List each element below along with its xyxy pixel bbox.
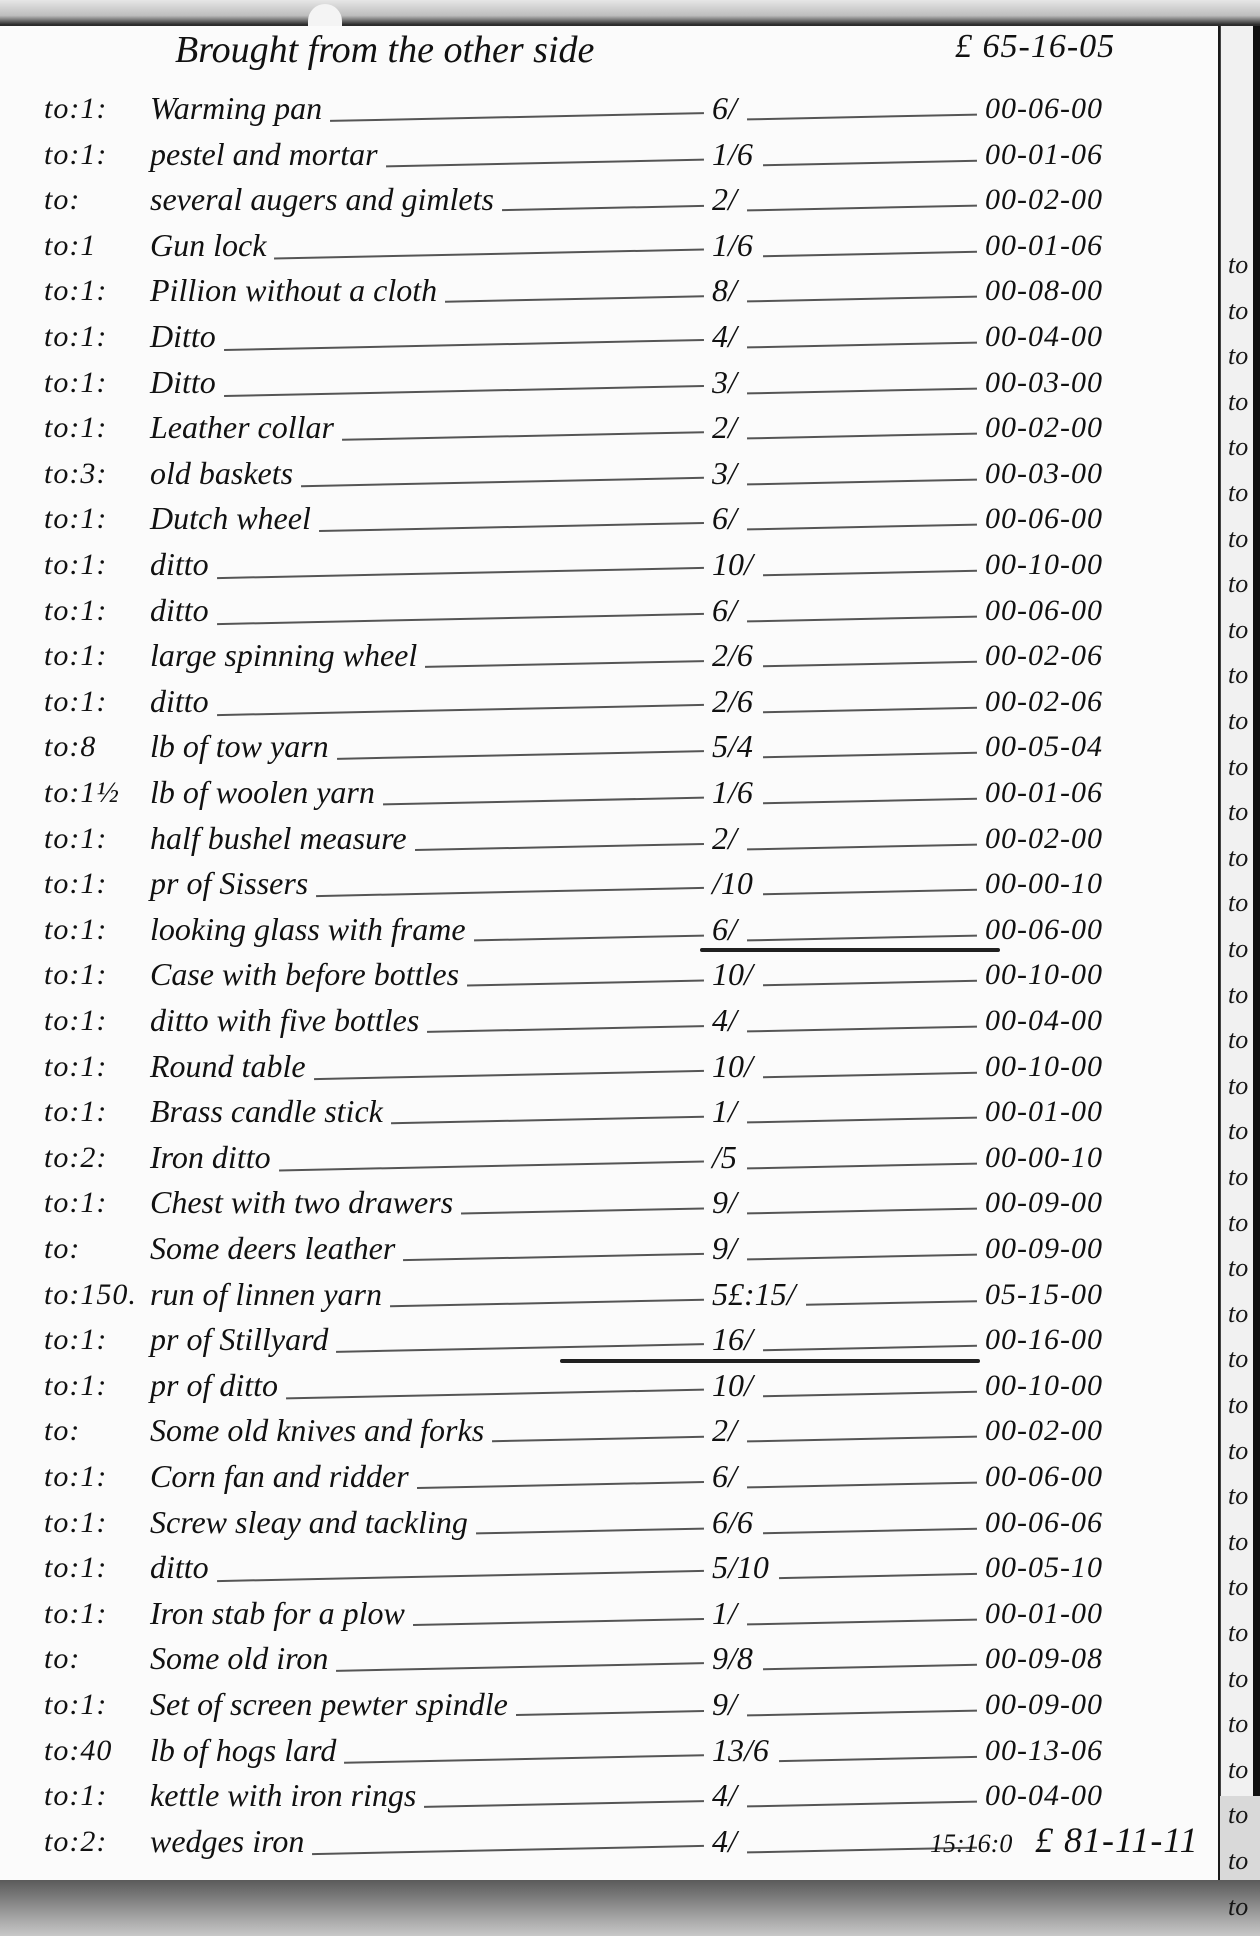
entry-quantity: to:150.	[44, 1278, 137, 1312]
adjoining-page-mark: to	[1228, 1344, 1248, 1374]
entry-quantity: to:1:	[44, 958, 107, 992]
adjoining-page-mark: to	[1228, 1527, 1248, 1557]
adjoining-page-mark: to	[1228, 1436, 1248, 1466]
leader-line	[217, 1570, 704, 1582]
ledger-entry: to:8lb of tow yarn5/400-05-04	[0, 726, 1218, 766]
leader-line	[224, 339, 704, 351]
entry-quantity: to:	[44, 1414, 80, 1448]
entry-quantity: to:2:	[44, 1141, 107, 1175]
ledger-entry: to:1:pr of ditto10/00-10-00	[0, 1365, 1218, 1405]
leader-line	[403, 1253, 704, 1261]
entry-amount: 00-10-00	[985, 1050, 1103, 1084]
ledger-entry: to:150.run of linnen yarn5£:15/05-15-00	[0, 1274, 1218, 1314]
ledger-entry: to:1:pr of Stillyard16/00-16-00	[0, 1319, 1218, 1359]
adjoining-page-mark: to	[1228, 1572, 1248, 1602]
entry-quantity: to:1:	[44, 1050, 107, 1084]
entry-price: 5£:15/	[712, 1276, 796, 1313]
entry-quantity: to:1½	[44, 776, 120, 810]
ledger-entry: to:1½lb of woolen yarn1/600-01-06	[0, 772, 1218, 812]
leader-line	[747, 114, 977, 121]
ledger-entry: to:1:Pillion without a cloth8/00-08-00	[0, 270, 1218, 310]
entry-description: lb of hogs lard	[150, 1732, 336, 1769]
leader-line	[747, 1208, 977, 1215]
entry-amount: 00-13-06	[985, 1734, 1103, 1768]
adjoining-page-mark: to	[1228, 1162, 1248, 1192]
entry-price: 9/	[712, 1184, 737, 1221]
entry-quantity: to:	[44, 1232, 80, 1266]
ledger-entry: to:1:Iron stab for a plow1/00-01-00	[0, 1593, 1218, 1633]
adjoining-page-mark: to	[1228, 1390, 1248, 1420]
entry-description: old baskets	[150, 455, 293, 492]
entry-price: 6/	[712, 500, 737, 537]
leader-line	[747, 433, 977, 440]
entry-price: 2/	[712, 820, 737, 857]
adjoining-page-mark: to	[1228, 1208, 1248, 1238]
ledger-entry: to:1:Chest with two drawers9/00-09-00	[0, 1182, 1218, 1222]
entry-price: 1/	[712, 1093, 737, 1130]
leader-line	[763, 707, 977, 713]
leader-line	[425, 660, 704, 668]
ledger-entry: to:1:ditto2/600-02-06	[0, 681, 1218, 721]
entry-price: 13/6	[712, 1732, 769, 1769]
adjoining-page-mark: to	[1228, 888, 1248, 918]
entry-amount: 00-02-00	[985, 411, 1103, 445]
leader-line	[763, 1527, 977, 1533]
entry-amount: 00-02-00	[985, 183, 1103, 217]
ledger-entry: to:1:Ditto3/00-03-00	[0, 362, 1218, 402]
entry-amount: 00-09-08	[985, 1642, 1103, 1676]
adjoining-page-mark: to	[1228, 432, 1248, 462]
adjoining-page-mark: to	[1228, 1755, 1248, 1785]
entry-amount: 00-10-00	[985, 1369, 1103, 1403]
entry-quantity: to:1:	[44, 366, 107, 400]
entry-amount: 00-06-00	[985, 594, 1103, 628]
leader-line	[747, 205, 977, 212]
adjoining-page-mark: to	[1228, 843, 1248, 873]
entry-price: 1/6	[712, 774, 753, 811]
entry-price: /5	[712, 1139, 737, 1176]
entry-description: Case with before bottles	[150, 956, 459, 993]
entry-amount: 00-06-00	[985, 913, 1103, 947]
entry-quantity: to:40	[44, 1734, 112, 1768]
entry-amount: 00-06-00	[985, 92, 1103, 126]
entry-description: Some old knives and forks	[150, 1412, 484, 1449]
adjoining-page-mark: to	[1228, 1481, 1248, 1511]
entry-amount: 00-05-10	[985, 1551, 1103, 1585]
entry-amount: 00-16-00	[985, 1323, 1103, 1357]
leader-line	[415, 843, 704, 851]
leader-line	[217, 704, 704, 716]
entry-description: Chest with two drawers	[150, 1184, 453, 1221]
entry-quantity: to:1:	[44, 1186, 107, 1220]
entry-quantity: to:1:	[44, 92, 107, 126]
entry-amount: 00-01-00	[985, 1095, 1103, 1129]
adjoining-page-mark: to	[1228, 980, 1248, 1010]
entry-amount: 00-02-06	[985, 639, 1103, 673]
adjoining-page-mark: to	[1228, 478, 1248, 508]
leader-line	[806, 1300, 977, 1306]
adjoining-page-mark: to	[1228, 341, 1248, 371]
entry-quantity: to:1:	[44, 1095, 107, 1129]
leader-line	[763, 159, 977, 165]
ledger-entry: to:1:kettle with iron rings4/00-04-00	[0, 1775, 1218, 1815]
adjoining-page-mark: to	[1228, 615, 1248, 645]
entry-description: Dutch wheel	[150, 500, 311, 537]
brought-forward-amount: £ 65-16-05	[955, 28, 1115, 66]
entry-price: 10/	[712, 956, 753, 993]
grand-total: £ 81-11-11	[1035, 1819, 1199, 1861]
leader-line	[492, 1436, 704, 1442]
leader-line	[747, 524, 977, 531]
entry-description: pr of Sissers	[150, 865, 308, 902]
leader-line	[316, 887, 704, 897]
leader-line	[747, 478, 977, 485]
entry-price: 3/	[712, 364, 737, 401]
entry-amount: 00-09-00	[985, 1232, 1103, 1266]
ledger-entry: to:1:Ditto4/00-04-00	[0, 316, 1218, 356]
entry-description: lb of woolen yarn	[150, 774, 375, 811]
entry-price: /10	[712, 865, 753, 902]
entry-price: 6/	[712, 1458, 737, 1495]
entry-amount: 00-06-00	[985, 502, 1103, 536]
entry-quantity: to:1:	[44, 1369, 107, 1403]
entry-quantity: to:1:	[44, 1506, 107, 1540]
adjoining-page-mark: to	[1228, 296, 1248, 326]
scan-top-edge	[0, 0, 1260, 26]
ledger-entry: to:1:looking glass with frame6/00-06-00	[0, 909, 1218, 949]
entry-description: Ditto	[150, 364, 216, 401]
leader-line	[337, 751, 704, 761]
adjoining-page-mark: to	[1228, 1071, 1248, 1101]
leader-line	[763, 1071, 977, 1077]
entry-amount: 00-01-06	[985, 776, 1103, 810]
adjoining-page-mark: to	[1228, 797, 1248, 827]
leader-line	[217, 612, 704, 624]
entry-amount: 00-06-06	[985, 1506, 1103, 1540]
leader-line	[386, 158, 704, 167]
entry-description: Brass candle stick	[150, 1093, 383, 1130]
entry-price: 10/	[712, 1367, 753, 1404]
ledger-entry: to:40lb of hogs lard13/600-13-06	[0, 1730, 1218, 1770]
entry-amount: 00-04-00	[985, 320, 1103, 354]
entry-price: 6/	[712, 911, 737, 948]
entry-description: run of linnen yarn	[150, 1276, 382, 1313]
leader-line	[274, 248, 704, 259]
leader-line	[747, 1254, 977, 1261]
ledger-entry: to:1:Screw sleay and tackling6/600-06-06	[0, 1502, 1218, 1542]
entry-description: ditto	[150, 546, 209, 583]
entry-amount: 00-09-00	[985, 1186, 1103, 1220]
entry-quantity: to:1:	[44, 1551, 107, 1585]
entry-price: 9/	[712, 1686, 737, 1723]
ledger-entry: to:1:Warming pan6/00-06-00	[0, 88, 1218, 128]
leader-line	[217, 567, 704, 579]
leader-line	[763, 570, 977, 576]
ledger-entry: to:1:pestel and mortar1/600-01-06	[0, 134, 1218, 174]
adjoining-page-mark: to	[1228, 660, 1248, 690]
entry-price: 16/	[712, 1321, 753, 1358]
entry-description: kettle with iron rings	[150, 1777, 416, 1814]
entry-description: looking glass with frame	[150, 911, 466, 948]
entry-quantity: to:8	[44, 730, 96, 764]
entry-price: 10/	[712, 1048, 753, 1085]
ink-strike-line	[700, 948, 1000, 952]
ledger-entry: to:1:Leather collar2/00-02-00	[0, 407, 1218, 447]
entry-quantity: to:1:	[44, 1688, 107, 1722]
entry-amount: 00-03-00	[985, 366, 1103, 400]
leader-line	[413, 1618, 704, 1626]
adjoining-page-mark: to	[1228, 387, 1248, 417]
adjoining-page-mark: to	[1228, 1846, 1248, 1876]
entry-amount: 00-01-06	[985, 138, 1103, 172]
entry-amount: 00-10-00	[985, 958, 1103, 992]
leader-line	[445, 296, 704, 303]
leader-line	[763, 1664, 977, 1670]
leader-line	[330, 112, 704, 122]
ledger-entry: to:1:Case with before bottles10/00-10-00	[0, 954, 1218, 994]
entry-amount: 00-04-00	[985, 1004, 1103, 1038]
adjoining-page-mark: to	[1228, 569, 1248, 599]
leader-line	[747, 1618, 977, 1625]
leader-line	[763, 251, 977, 257]
entry-quantity: to:1:	[44, 1004, 107, 1038]
entry-quantity: to:1:	[44, 411, 107, 445]
leader-line	[417, 1481, 704, 1489]
ledger-entry: to:1:half bushel measure2/00-02-00	[0, 818, 1218, 858]
adjoining-page-mark: to	[1228, 1116, 1248, 1146]
adjoining-page-mark: to	[1228, 706, 1248, 736]
ledger-entry: to:1Gun lock1/600-01-06	[0, 225, 1218, 265]
leader-line	[747, 1710, 977, 1717]
leader-line	[747, 342, 977, 349]
ledger-entry: to:several augers and gimlets2/00-02-00	[0, 179, 1218, 219]
leader-line	[747, 615, 977, 622]
ledger-entry: to:1:ditto5/1000-05-10	[0, 1547, 1218, 1587]
leader-line	[763, 1391, 977, 1397]
adjoining-page-mark: to	[1228, 1664, 1248, 1694]
entry-price: 6/6	[712, 1504, 753, 1541]
entry-quantity: to:1:	[44, 685, 107, 719]
entry-quantity: to:1:	[44, 274, 107, 308]
entry-description: Leather collar	[150, 409, 334, 446]
entry-amount: 00-01-06	[985, 229, 1103, 263]
entry-description: Gun lock	[150, 227, 266, 264]
entry-quantity: to:1:	[44, 594, 107, 628]
entry-price: 1/6	[712, 136, 753, 173]
adjoining-page-mark: to	[1228, 1892, 1248, 1922]
entry-description: ditto	[150, 683, 209, 720]
entry-price: 10/	[712, 546, 753, 583]
entry-price: 5/4	[712, 728, 753, 765]
adjoining-page-mark: to	[1228, 1299, 1248, 1329]
entry-quantity: to:1:	[44, 138, 107, 172]
ledger-entry: to:1:Set of screen pewter spindle9/00-09…	[0, 1684, 1218, 1724]
adjoining-page-mark: to	[1228, 524, 1248, 554]
entry-quantity: to:1	[44, 229, 96, 263]
ledger-entry: to:1:Round table10/00-10-00	[0, 1046, 1218, 1086]
leader-line	[314, 1070, 704, 1080]
entry-amount: 00-04-00	[985, 1779, 1103, 1813]
adjoining-page-mark: to	[1228, 1025, 1248, 1055]
entry-description: large spinning wheel	[150, 637, 417, 674]
entry-quantity: to:1:	[44, 822, 107, 856]
entry-amount: 00-06-00	[985, 1460, 1103, 1494]
leader-line	[342, 431, 704, 441]
entry-description: Round table	[150, 1048, 306, 1085]
entry-price: 4/	[712, 1002, 737, 1039]
entry-description: Some deers leather	[150, 1230, 395, 1267]
total-row: 15:16:0£ 81-11-11	[0, 1821, 1218, 1861]
ledger-entry: to:1:ditto6/00-06-00	[0, 590, 1218, 630]
entry-price: 8/	[712, 272, 737, 309]
entry-amount: 00-08-00	[985, 274, 1103, 308]
leader-line	[763, 980, 977, 986]
ledger-entry: to:Some old knives and forks2/00-02-00	[0, 1410, 1218, 1450]
leader-line	[747, 387, 977, 394]
leader-line	[502, 205, 704, 211]
leader-line	[763, 889, 977, 895]
entry-price: 6/	[712, 592, 737, 629]
entry-description: lb of tow yarn	[150, 728, 329, 765]
entry-price: 3/	[712, 455, 737, 492]
entry-quantity: to:	[44, 1642, 80, 1676]
entry-amount: 00-02-00	[985, 822, 1103, 856]
ledger-entry: to:1:pr of Sissers/1000-00-10	[0, 863, 1218, 903]
subtotal: 15:16:0	[930, 1829, 1012, 1859]
ledger-entry: to:Some old iron9/800-09-08	[0, 1638, 1218, 1678]
entry-description: pr of Stillyard	[150, 1321, 328, 1358]
leader-line	[224, 385, 704, 397]
entry-description: pr of ditto	[150, 1367, 278, 1404]
entry-quantity: to:1:	[44, 1597, 107, 1631]
leader-line	[747, 1482, 977, 1489]
entry-quantity: to:1:	[44, 548, 107, 582]
leader-line	[779, 1756, 977, 1762]
leader-line	[747, 1026, 977, 1033]
entry-description: ditto with five bottles	[150, 1002, 419, 1039]
leader-line	[747, 843, 977, 850]
entry-price: 4/	[712, 318, 737, 355]
leader-line	[763, 661, 977, 667]
leader-line	[747, 1117, 977, 1124]
entry-amount: 00-02-06	[985, 685, 1103, 719]
entry-price: 9/	[712, 1230, 737, 1267]
entry-quantity: to:	[44, 183, 80, 217]
entry-quantity: to:1:	[44, 867, 107, 901]
brought-forward-row: Brought from the other side £ 65-16-05	[0, 32, 1218, 72]
leader-line	[336, 1343, 704, 1353]
ledger-entry: to:1:Corn fan and ridder6/00-06-00	[0, 1456, 1218, 1496]
ledger-entry: to:1:large spinning wheel2/600-02-06	[0, 635, 1218, 675]
entry-amount: 00-05-04	[985, 730, 1103, 764]
leader-line	[747, 1801, 977, 1808]
entry-amount: 00-02-00	[985, 1414, 1103, 1448]
leader-line	[391, 1116, 704, 1125]
entry-quantity: to:1:	[44, 1323, 107, 1357]
entry-quantity: to:1:	[44, 502, 107, 536]
entry-description: Set of screen pewter spindle	[150, 1686, 508, 1723]
entry-price: 2/	[712, 409, 737, 446]
entry-quantity: to:3:	[44, 457, 107, 491]
entry-description: Ditto	[150, 318, 216, 355]
entry-price: 2/	[712, 181, 737, 218]
entry-price: 1/	[712, 1595, 737, 1632]
leader-line	[747, 1162, 977, 1169]
entry-price: 5/10	[712, 1549, 769, 1586]
entry-price: 6/	[712, 90, 737, 127]
entry-description: several augers and gimlets	[150, 181, 494, 218]
entry-price: 2/6	[712, 637, 753, 674]
adjoining-page-mark: to	[1228, 1800, 1248, 1830]
leader-line	[461, 1208, 704, 1215]
leader-line	[516, 1710, 704, 1716]
entry-price: 9/8	[712, 1640, 753, 1677]
adjoining-page-mark: to	[1228, 1709, 1248, 1739]
entry-amount: 00-00-10	[985, 1141, 1103, 1175]
entry-amount: 05-15-00	[985, 1278, 1103, 1312]
entry-description: Some old iron	[150, 1640, 328, 1677]
leader-line	[319, 522, 704, 532]
leader-line	[279, 1160, 704, 1171]
ledger-entry: to:1:Brass candle stick1/00-01-00	[0, 1091, 1218, 1131]
leader-line	[427, 1025, 704, 1033]
entry-amount: 00-09-00	[985, 1688, 1103, 1722]
entry-quantity: to:1:	[44, 913, 107, 947]
ledger-entry: to:3:old baskets3/00-03-00	[0, 453, 1218, 493]
entry-description: ditto	[150, 592, 209, 629]
adjoining-page-mark: to	[1228, 934, 1248, 964]
scan-bottom-edge	[0, 1880, 1260, 1936]
leader-line	[779, 1573, 977, 1579]
entry-description: Iron stab for a plow	[150, 1595, 405, 1632]
leader-line	[424, 1800, 704, 1808]
leader-line	[301, 477, 704, 487]
entry-description: Corn fan and ridder	[150, 1458, 409, 1495]
entry-price: 2/	[712, 1412, 737, 1449]
adjoining-page-mark: to	[1228, 1253, 1248, 1283]
leader-line	[286, 1388, 704, 1399]
entry-description: Iron ditto	[150, 1139, 271, 1176]
leader-line	[763, 752, 977, 758]
entry-amount: 00-00-10	[985, 867, 1103, 901]
entry-description: Screw sleay and tackling	[150, 1504, 468, 1541]
leader-line	[747, 296, 977, 303]
entry-quantity: to:1:	[44, 1779, 107, 1813]
ledger-entry: to:1:Dutch wheel6/00-06-00	[0, 498, 1218, 538]
ledger-entry: to:1:ditto10/00-10-00	[0, 544, 1218, 584]
entry-amount: 00-01-00	[985, 1597, 1103, 1631]
ink-strike-line	[560, 1359, 980, 1363]
entry-quantity: to:1:	[44, 1460, 107, 1494]
entry-amount: 00-03-00	[985, 457, 1103, 491]
leader-line	[474, 934, 704, 941]
entry-description: half bushel measure	[150, 820, 407, 857]
entry-description: Pillion without a cloth	[150, 272, 437, 309]
entry-quantity: to:1:	[44, 320, 107, 354]
leader-line	[390, 1298, 704, 1307]
ledger-entry: to:1:ditto with five bottles4/00-04-00	[0, 1000, 1218, 1040]
entry-quantity: to:1:	[44, 639, 107, 673]
entry-price: 4/	[712, 1777, 737, 1814]
adjoining-page-mark: to	[1228, 250, 1248, 280]
brought-forward-label: Brought from the other side	[175, 28, 594, 72]
entry-description: ditto	[150, 1549, 209, 1586]
leader-line	[336, 1663, 704, 1673]
leader-line	[747, 934, 977, 941]
leader-line	[763, 798, 977, 804]
leader-line	[344, 1754, 704, 1764]
entry-price: 1/6	[712, 227, 753, 264]
